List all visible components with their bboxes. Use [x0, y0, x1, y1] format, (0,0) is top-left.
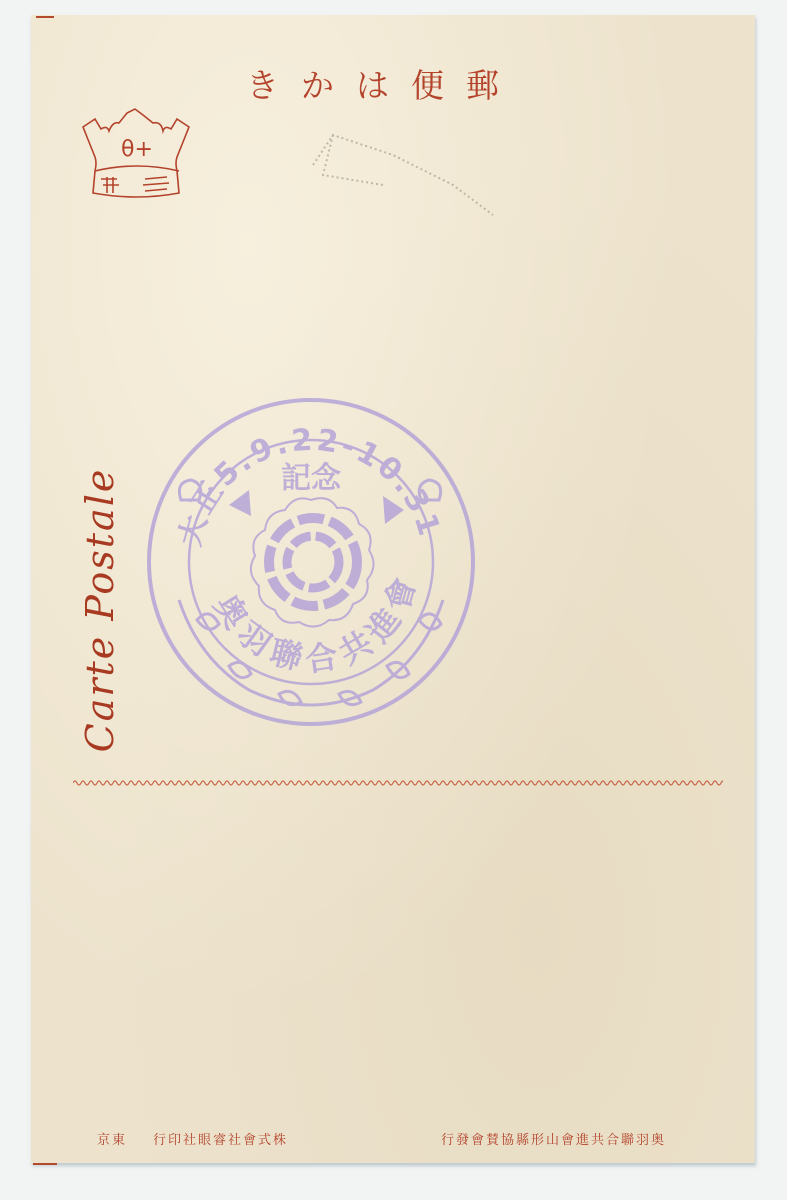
flower-emblem-icon — [251, 498, 374, 626]
stamp-box: θ+ — [77, 97, 195, 199]
corner-mark — [36, 16, 54, 18]
issuer-credit: 奥羽聯合共進會山形縣協賛會發行 — [441, 1129, 666, 1148]
faint-cancel-mark — [293, 115, 513, 225]
commemorative-postmark: 大正5.9.22-10.31 奥羽聯合共進會 記念 — [139, 390, 484, 735]
postcard: 郵便はかき θ+ Carte Postale — [31, 15, 755, 1163]
printer-credit: 株式會社睿眼社印行東京 — [97, 1129, 288, 1148]
postcard-title: 郵便はかき — [281, 60, 521, 100]
denomination-mark: θ+ — [121, 137, 153, 162]
corner-mark — [33, 1163, 57, 1165]
carte-postale-label: Carte Postale — [78, 450, 124, 770]
wavy-divider — [73, 777, 723, 789]
postmark-center-text: 記念 — [281, 461, 342, 496]
printer-name: 株式會社睿眼社印行 — [153, 1133, 288, 1148]
printer-city: 東京 — [97, 1133, 127, 1148]
